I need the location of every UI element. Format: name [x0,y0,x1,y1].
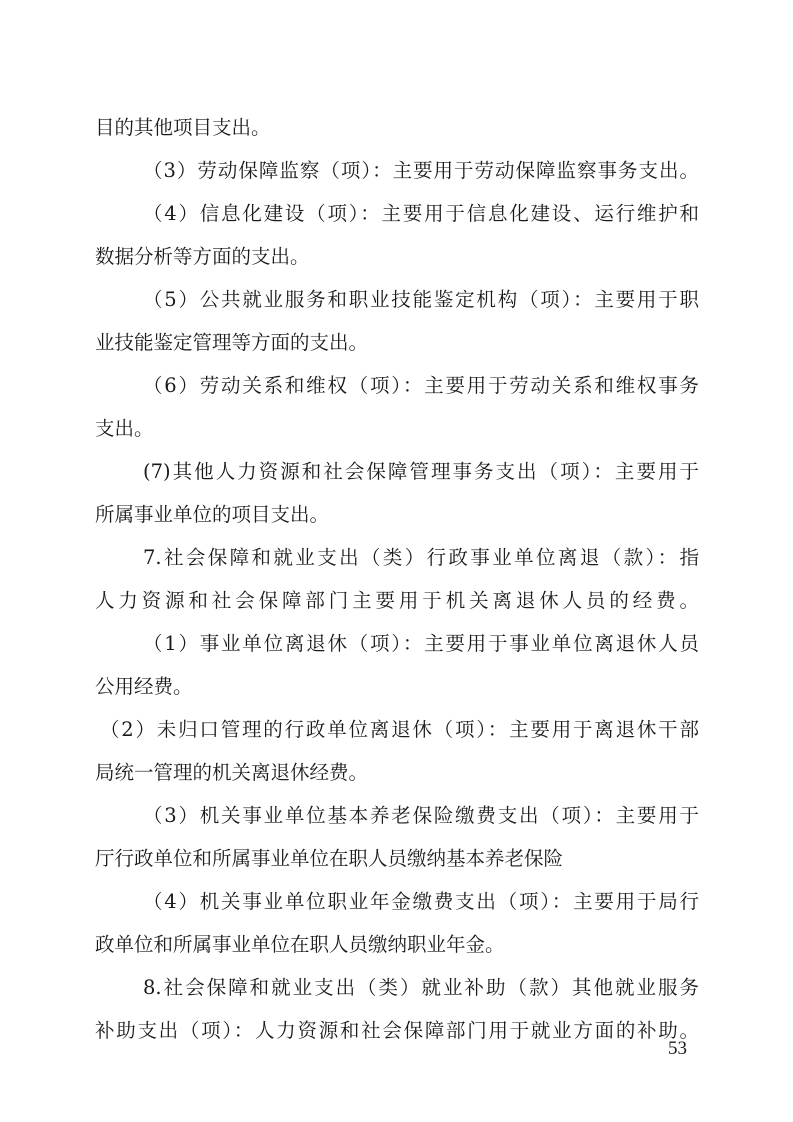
paragraph-line: 补助支出（项）：人力资源和社会保障部门用于就业方面的补助。 [95,1016,699,1046]
paragraph-line: 公用经费。 [95,672,699,702]
paragraph-line: （3）机关事业单位基本养老保险缴费支出（项）：主要用于 [143,801,699,831]
paragraph-line: （4）信息化建设（项）：主要用于信息化建设、运行维护和 [143,199,699,229]
paragraph-line: （5）公共就业服务和职业技能鉴定机构（项）：主要用于职 [143,285,699,315]
paragraph-line: 局统一管理的机关离退休经费。 [95,758,699,788]
paragraph-line: （1）事业单位离退休（项）：主要用于事业单位离退休人员 [143,629,699,659]
paragraph-line: (7)其他人力资源和社会保障管理事务支出（项）：主要用于 [143,457,699,487]
paragraph-line: 业技能鉴定管理等方面的支出。 [95,328,699,358]
paragraph-line: 政单位和所属事业单位在职人员缴纳职业年金。 [95,930,699,960]
paragraph-line: 所属事业单位的项目支出。 [95,500,699,530]
page-number: 53 [668,1038,687,1060]
paragraph-line: 人力资源和社会保障部门主要用于机关离退休人员的经费。 [95,586,699,616]
paragraph-line: （4）机关事业单位职业年金缴费支出（项）：主要用于局行 [143,887,699,917]
paragraph-line: （3）劳动保障监察（项）：主要用于劳动保障监察事务支出。 [143,156,699,186]
paragraph-line: 7.社会保障和就业支出（类）行政事业单位离退（款）：指 [143,543,699,573]
paragraph-line: 支出。 [95,414,699,444]
paragraph-line: （6）劳动关系和维权（项）：主要用于劳动关系和维权事务 [143,371,699,401]
document-page: 目的其他项目支出。 （3）劳动保障监察（项）：主要用于劳动保障监察事务支出。 （… [0,0,793,1122]
paragraph-line: 数据分析等方面的支出。 [95,242,699,272]
paragraph-line: （2）未归口管理的行政单位离退休（项）：主要用于离退休干部 [100,715,699,745]
paragraph-line: 目的其他项目支出。 [95,113,699,143]
paragraph-line: 厅行政单位和所属事业单位在职人员缴纳基本养老保险 [95,844,699,874]
paragraph-line: 8.社会保障和就业支出（类）就业补助（款）其他就业服务 [143,973,699,1003]
